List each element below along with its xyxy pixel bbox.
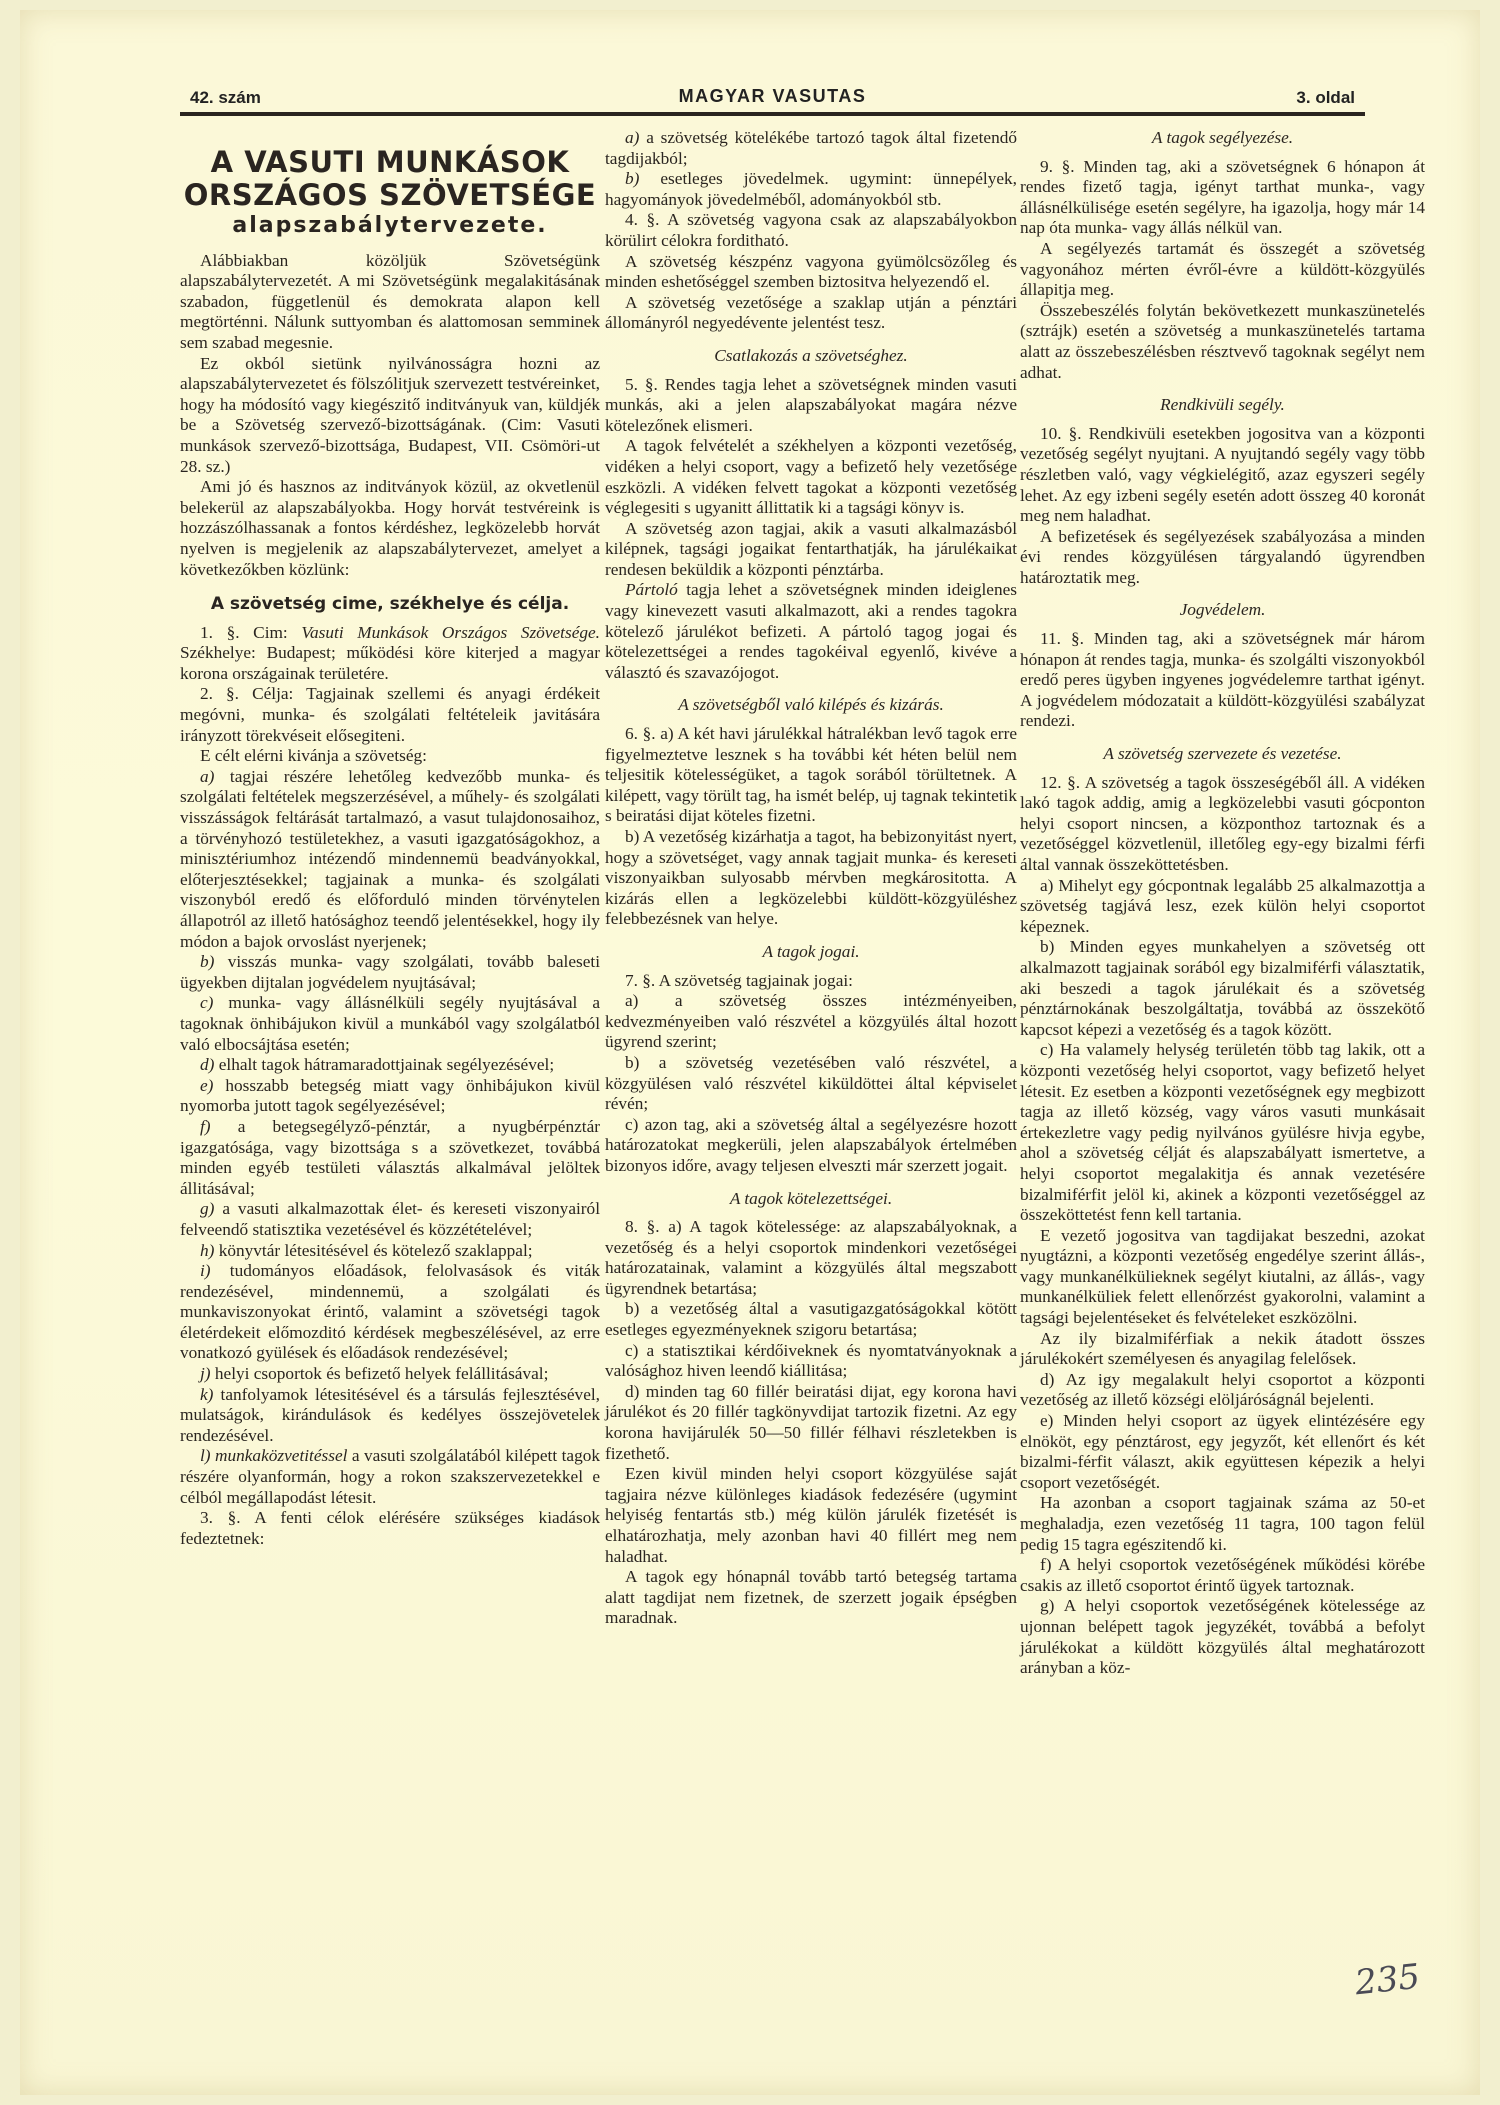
paragraph: A szövetség készpénz vagyona gyümölcsöző… <box>605 252 1017 293</box>
paragraph: A tagok egy hónapnál tovább tartó betegs… <box>605 1567 1017 1629</box>
paragraph: a) Mihelyt egy gócpontnak legalább 25 al… <box>1020 876 1425 938</box>
paragraph: A segélyezés tartamát és összegét a szöv… <box>1020 239 1425 301</box>
paragraph: 11. §. Minden tag, aki a szövetségnek má… <box>1020 629 1425 732</box>
paragraph: g) A helyi csoportok vezetőségének kötel… <box>1020 1596 1425 1678</box>
list-item: a) tagjai részére lehetőleg kedvezőbb mu… <box>180 767 600 952</box>
paragraph-5-group: 5. §. Rendes tagja lehet a szövetségnek … <box>605 375 1017 581</box>
paragraph: b) A vezetőség kizárhatja a tagot, ha be… <box>605 827 1017 930</box>
list-marker: c) <box>200 993 213 1012</box>
paragraph-4-group: 4. §. A szövetség vagyona csak az alapsz… <box>605 210 1017 334</box>
paragraph-3: 3. §. A fenti célok elérésére szükséges … <box>180 1508 600 1549</box>
section-heading: Rendkivüli segély. <box>1020 395 1425 416</box>
article-title: A VASUTI MUNKÁSOK ORSZÁGOS SZÖVETSÉGE <box>180 146 600 212</box>
paragraph: Ha azonban a csoport tagjainak száma az … <box>1020 1493 1425 1555</box>
paragraph: A befizetések és segélyezések szabályozá… <box>1020 527 1425 589</box>
paragraph: b) Minden egyes munkahelyen a szövetség … <box>1020 937 1425 1040</box>
list-marker: f) <box>200 1117 211 1136</box>
page-header: 42. szám MAGYAR VASUTAS 3. oldal <box>180 82 1365 112</box>
paragraph: Az ily bizalmiférfiak a nekik átadott ös… <box>1020 1329 1425 1370</box>
list-item: h) könyvtár létesitésével és kötelező sz… <box>180 1241 600 1262</box>
intro-paragraph: Ami jó és hasznos az inditványok közül, … <box>180 477 600 580</box>
paragraph: 10. §. Rendkivüli esetekben jogositva va… <box>1020 424 1425 527</box>
paragraph-6-group: 6. §. a) A két havi járulékkal hátralékb… <box>605 724 1017 930</box>
paragraph-goals-intro: E célt elérni kivánja a szövetség: <box>180 746 600 767</box>
list-marker: h) <box>200 1241 214 1260</box>
article-subtitle: alapszabálytervezete. <box>180 216 600 237</box>
list-marker: e) <box>200 1076 213 1095</box>
section-heading: A szövetség cime, székhelye és célja. <box>180 594 600 615</box>
section-heading: A tagok segélyezése. <box>1020 128 1425 149</box>
paragraph: c) azon tag, aki a szövetség által a seg… <box>605 1115 1017 1177</box>
list-marker: a) <box>625 128 639 147</box>
paragraph: 5. §. Rendes tagja lehet a szövetségnek … <box>605 375 1017 437</box>
list-marker: j) <box>200 1364 211 1383</box>
paragraph: 8. §. a) A tagok kötelessége: az alapsza… <box>605 1217 1017 1299</box>
list-item: c) munka- vagy állásnélküli segély nyujt… <box>180 993 600 1055</box>
list-marker: g) <box>200 1199 214 1218</box>
paragraph-12-group: 12. §. A szövetség a tagok összeségéből … <box>1020 773 1425 1679</box>
section-heading: Jogvédelem. <box>1020 600 1425 621</box>
paragraph: c) Ha valamely helység területén több ta… <box>1020 1040 1425 1225</box>
paragraph-2: 2. §. Célja: Tagjainak szellemi és anyag… <box>180 684 600 746</box>
handwritten-folio-number: 235 <box>1353 1957 1422 2004</box>
list-item: g) a vasuti alkalmazottak élet- és keres… <box>180 1199 600 1240</box>
supporting-member-paragraph: Pártoló tagja lehet a szövetségnek minde… <box>605 580 1017 683</box>
paragraph: Ezen kivül minden helyi csoport közgyülé… <box>605 1464 1017 1567</box>
paragraph: b) a szövetség vezetésében való részvéte… <box>605 1053 1017 1115</box>
paragraph: d) minden tag 60 fillér beiratási dijat,… <box>605 1382 1017 1464</box>
paragraph: A tagok felvételét a székhelyen a közpon… <box>605 436 1017 518</box>
paragraph-9-group: 9. §. Minden tag, aki a szövetségnek 6 h… <box>1020 157 1425 384</box>
income-list: a) a szövetség kötelékébe tartozó tagok … <box>605 128 1017 210</box>
header-rule <box>180 112 1365 116</box>
list-item: a) a szövetség kötelékébe tartozó tagok … <box>605 128 1017 169</box>
intro-paragraph: Alábbiakban közöljük Szövetségünk alapsz… <box>180 251 600 354</box>
paragraph-10-group: 10. §. Rendkivüli esetekben jogositva va… <box>1020 424 1425 589</box>
paragraph-1: 1. §. Cim: Vasuti Munkások Országos Szöv… <box>180 623 600 685</box>
section-heading: A tagok kötelezettségei. <box>605 1189 1017 1210</box>
paragraph: f) A helyi csoportok vezetőségének működ… <box>1020 1555 1425 1596</box>
section-heading: A szövetség szervezete és vezetése. <box>1020 744 1425 765</box>
paragraph: 6. §. a) A két havi járulékkal hátralékb… <box>605 724 1017 827</box>
paragraph-8-group: 8. §. a) A tagok kötelessége: az alapsza… <box>605 1217 1017 1629</box>
list-marker: k) <box>200 1385 213 1404</box>
paragraph: c) a statisztikai kérdőiveknek és nyomta… <box>605 1341 1017 1382</box>
list-item: i) tudományos előadások, felolvasások és… <box>180 1261 600 1364</box>
list-item: b) visszás munka- vagy szolgálati, továb… <box>180 952 600 993</box>
list-marker: b) <box>200 952 214 971</box>
paragraph: a) a szövetség összes intézményeiben, ke… <box>605 991 1017 1053</box>
publication-title: MAGYAR VASUTAS <box>180 86 1365 107</box>
intro-paragraph: Ez okból sietünk nyilvánosságra hozni az… <box>180 354 600 478</box>
list-item: f) a betegsegélyző-pénztár, a nyugbérpén… <box>180 1117 600 1199</box>
column-2: a) a szövetség kötelékébe tartozó tagok … <box>605 128 1017 1629</box>
paragraph: 4. §. A szövetség vagyona csak az alapsz… <box>605 210 1017 251</box>
list-marker: i) <box>200 1261 211 1280</box>
list-item: b) esetleges jövedelmek. ugymint: ünnepé… <box>605 169 1017 210</box>
list-item: k) tanfolyamok létesitésével és a társul… <box>180 1385 600 1447</box>
paragraph-7-group: 7. §. A szövetség tagjainak jogai:a) a s… <box>605 971 1017 1177</box>
paragraph: Összebeszélés folytán bekövetkezett munk… <box>1020 301 1425 383</box>
section-heading: Csatlakozás a szövetséghez. <box>605 346 1017 367</box>
paragraph: A szövetség vezetősége a szaklap utján a… <box>605 293 1017 334</box>
paragraph: 12. §. A szövetség a tagok összeségéből … <box>1020 773 1425 876</box>
section-heading: A tagok jogai. <box>605 942 1017 963</box>
paragraph: A szövetség azon tagjai, akik a vasuti a… <box>605 519 1017 581</box>
page-number: 3. oldal <box>1296 88 1355 108</box>
paragraph: E vezető jogositva van tagdijakat beszed… <box>1020 1226 1425 1329</box>
paragraph: d) Az igy megalakult helyi csoportot a k… <box>1020 1370 1425 1411</box>
paragraph: e) Minden helyi csoport az ügyek elintéz… <box>1020 1411 1425 1493</box>
column-3: A tagok segélyezése. 9. §. Minden tag, a… <box>1020 128 1425 1679</box>
paragraph: 7. §. A szövetség tagjainak jogai: <box>605 971 1017 992</box>
paragraph-11-group: 11. §. Minden tag, aki a szövetségnek má… <box>1020 629 1425 732</box>
list-item-l: l) munkaközvetitéssel a vasuti szolgálat… <box>180 1446 600 1508</box>
list-item: j) helyi csoportok és befizető helyek fe… <box>180 1364 600 1385</box>
section-heading: A szövetségből való kilépés és kizárás. <box>605 695 1017 716</box>
list-item: d) elhalt tagok hátramaradottjainak segé… <box>180 1055 600 1076</box>
list-marker: a) <box>200 767 214 786</box>
list-marker: b) <box>625 169 639 188</box>
list-item: e) hosszabb betegség miatt vagy önhibáju… <box>180 1076 600 1117</box>
paragraph: b) a vezetőség által a vasutigazgatóságo… <box>605 1299 1017 1340</box>
column-1: A VASUTI MUNKÁSOK ORSZÁGOS SZÖVETSÉGE al… <box>180 128 600 1549</box>
paragraph: 9. §. Minden tag, aki a szövetségnek 6 h… <box>1020 157 1425 239</box>
goals-list: a) tagjai részére lehetőleg kedvezőbb mu… <box>180 767 600 1447</box>
list-marker: d) <box>200 1055 214 1074</box>
